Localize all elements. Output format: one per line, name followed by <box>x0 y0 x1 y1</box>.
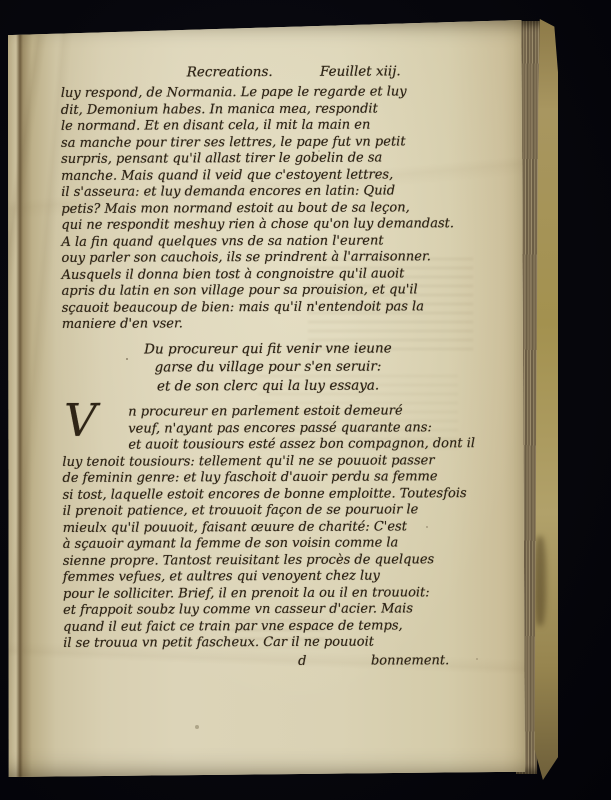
text-line: il se trouua vn petit fascheux. Car il n… <box>63 634 475 652</box>
text-line: le normand. Et en disant cela, il mit la… <box>61 117 473 135</box>
text-line: Du procureur qui fit venir vne ieune <box>62 339 474 359</box>
drop-cap-initial: V <box>62 405 128 439</box>
catchword: bonnement. <box>371 653 449 668</box>
text-line: et de son clerc qui la luy essaya. <box>62 376 474 396</box>
book-photo: Recreations. Feuillet xiij. luy respond,… <box>0 0 611 800</box>
running-title: Recreations. <box>187 64 273 80</box>
text-line: et auoit tousiours esté assez bon compag… <box>62 436 474 454</box>
text-line: si tost, laquelle estoit encores de bonn… <box>63 486 475 504</box>
text-line: A la fin quand quelques vns de sa nation… <box>61 233 473 251</box>
text-line: quand il eut faict ce train par vne espa… <box>63 618 475 636</box>
text-line: manche. Mais quand il veid que c'estoyen… <box>61 167 473 185</box>
text-line: Ausquels il donna bien tost à congnoistr… <box>62 266 474 284</box>
text-line: sçauoit beaucoup de bien: mais qu'il n'e… <box>62 299 474 317</box>
text-line: apris du latin en son village pour sa pr… <box>62 282 474 300</box>
text-line: luy tenoit tousiours: tellement qu'il ne… <box>62 453 474 471</box>
text-line: maniere d'en vser. <box>62 315 474 333</box>
text-line: dit, Demonium habes. In manica mea, resp… <box>61 101 473 119</box>
text-line: ouy parler son cauchois, ils se prindren… <box>61 249 473 267</box>
text-line: de feminin genre: et luy faschoit d'auoi… <box>62 469 474 487</box>
paragraph-procureur-story: V n procureur en parlement estoit demeur… <box>62 403 475 652</box>
text-line: et frappoit soubz luy comme vn casseur d… <box>63 601 475 619</box>
folio-number: Feuillet xiij. <box>320 63 401 79</box>
text-line: mieulx qu'il pouuoit, faisant œuure de c… <box>63 519 475 537</box>
text-line: femmes vefues, et aultres qui venoyent c… <box>63 568 475 586</box>
text-line: il s'asseura: et luy demanda encores en … <box>61 183 473 201</box>
text-line: pour le solliciter. Brief, il en prenoit… <box>63 585 475 603</box>
text-line: petis? Mais mon normand estoit au bout d… <box>61 200 473 218</box>
paragraph-procureur-lines: n procureur en parlement estoit demeurév… <box>62 403 475 652</box>
text-line: surpris, pensant qu'il allast tirer le g… <box>61 150 473 168</box>
printed-text-block: Recreations. Feuillet xiij. luy respond,… <box>61 63 476 672</box>
page-header: Recreations. Feuillet xiij. <box>61 63 473 81</box>
text-line: garse du village pour s'en seruir: <box>62 357 474 377</box>
text-line: sa manche pour tirer ses lettres, le pap… <box>61 134 473 152</box>
paragraph-normand-story: luy respond, de Normania. Le pape le reg… <box>61 84 474 333</box>
signature-catchword-row: d bonnement. <box>63 653 475 673</box>
text-line: luy respond, de Normania. Le pape le reg… <box>61 84 473 102</box>
text-line: à sçauoir aymant la femme de son voisin … <box>63 535 475 553</box>
text-line: il prenoit patience, et trouuoit façon d… <box>63 502 475 520</box>
signature-mark: d <box>298 653 306 668</box>
cover-edge-stain <box>534 536 546 626</box>
text-line: qui ne respondit meshuy rien à chose qu'… <box>61 216 473 234</box>
book-page: Recreations. Feuillet xiij. luy respond,… <box>8 20 525 777</box>
text-line: sienne propre. Tantost reuisitant les pr… <box>63 552 475 570</box>
section-heading: Du procureur qui fit venir vne ieunegars… <box>62 339 474 396</box>
